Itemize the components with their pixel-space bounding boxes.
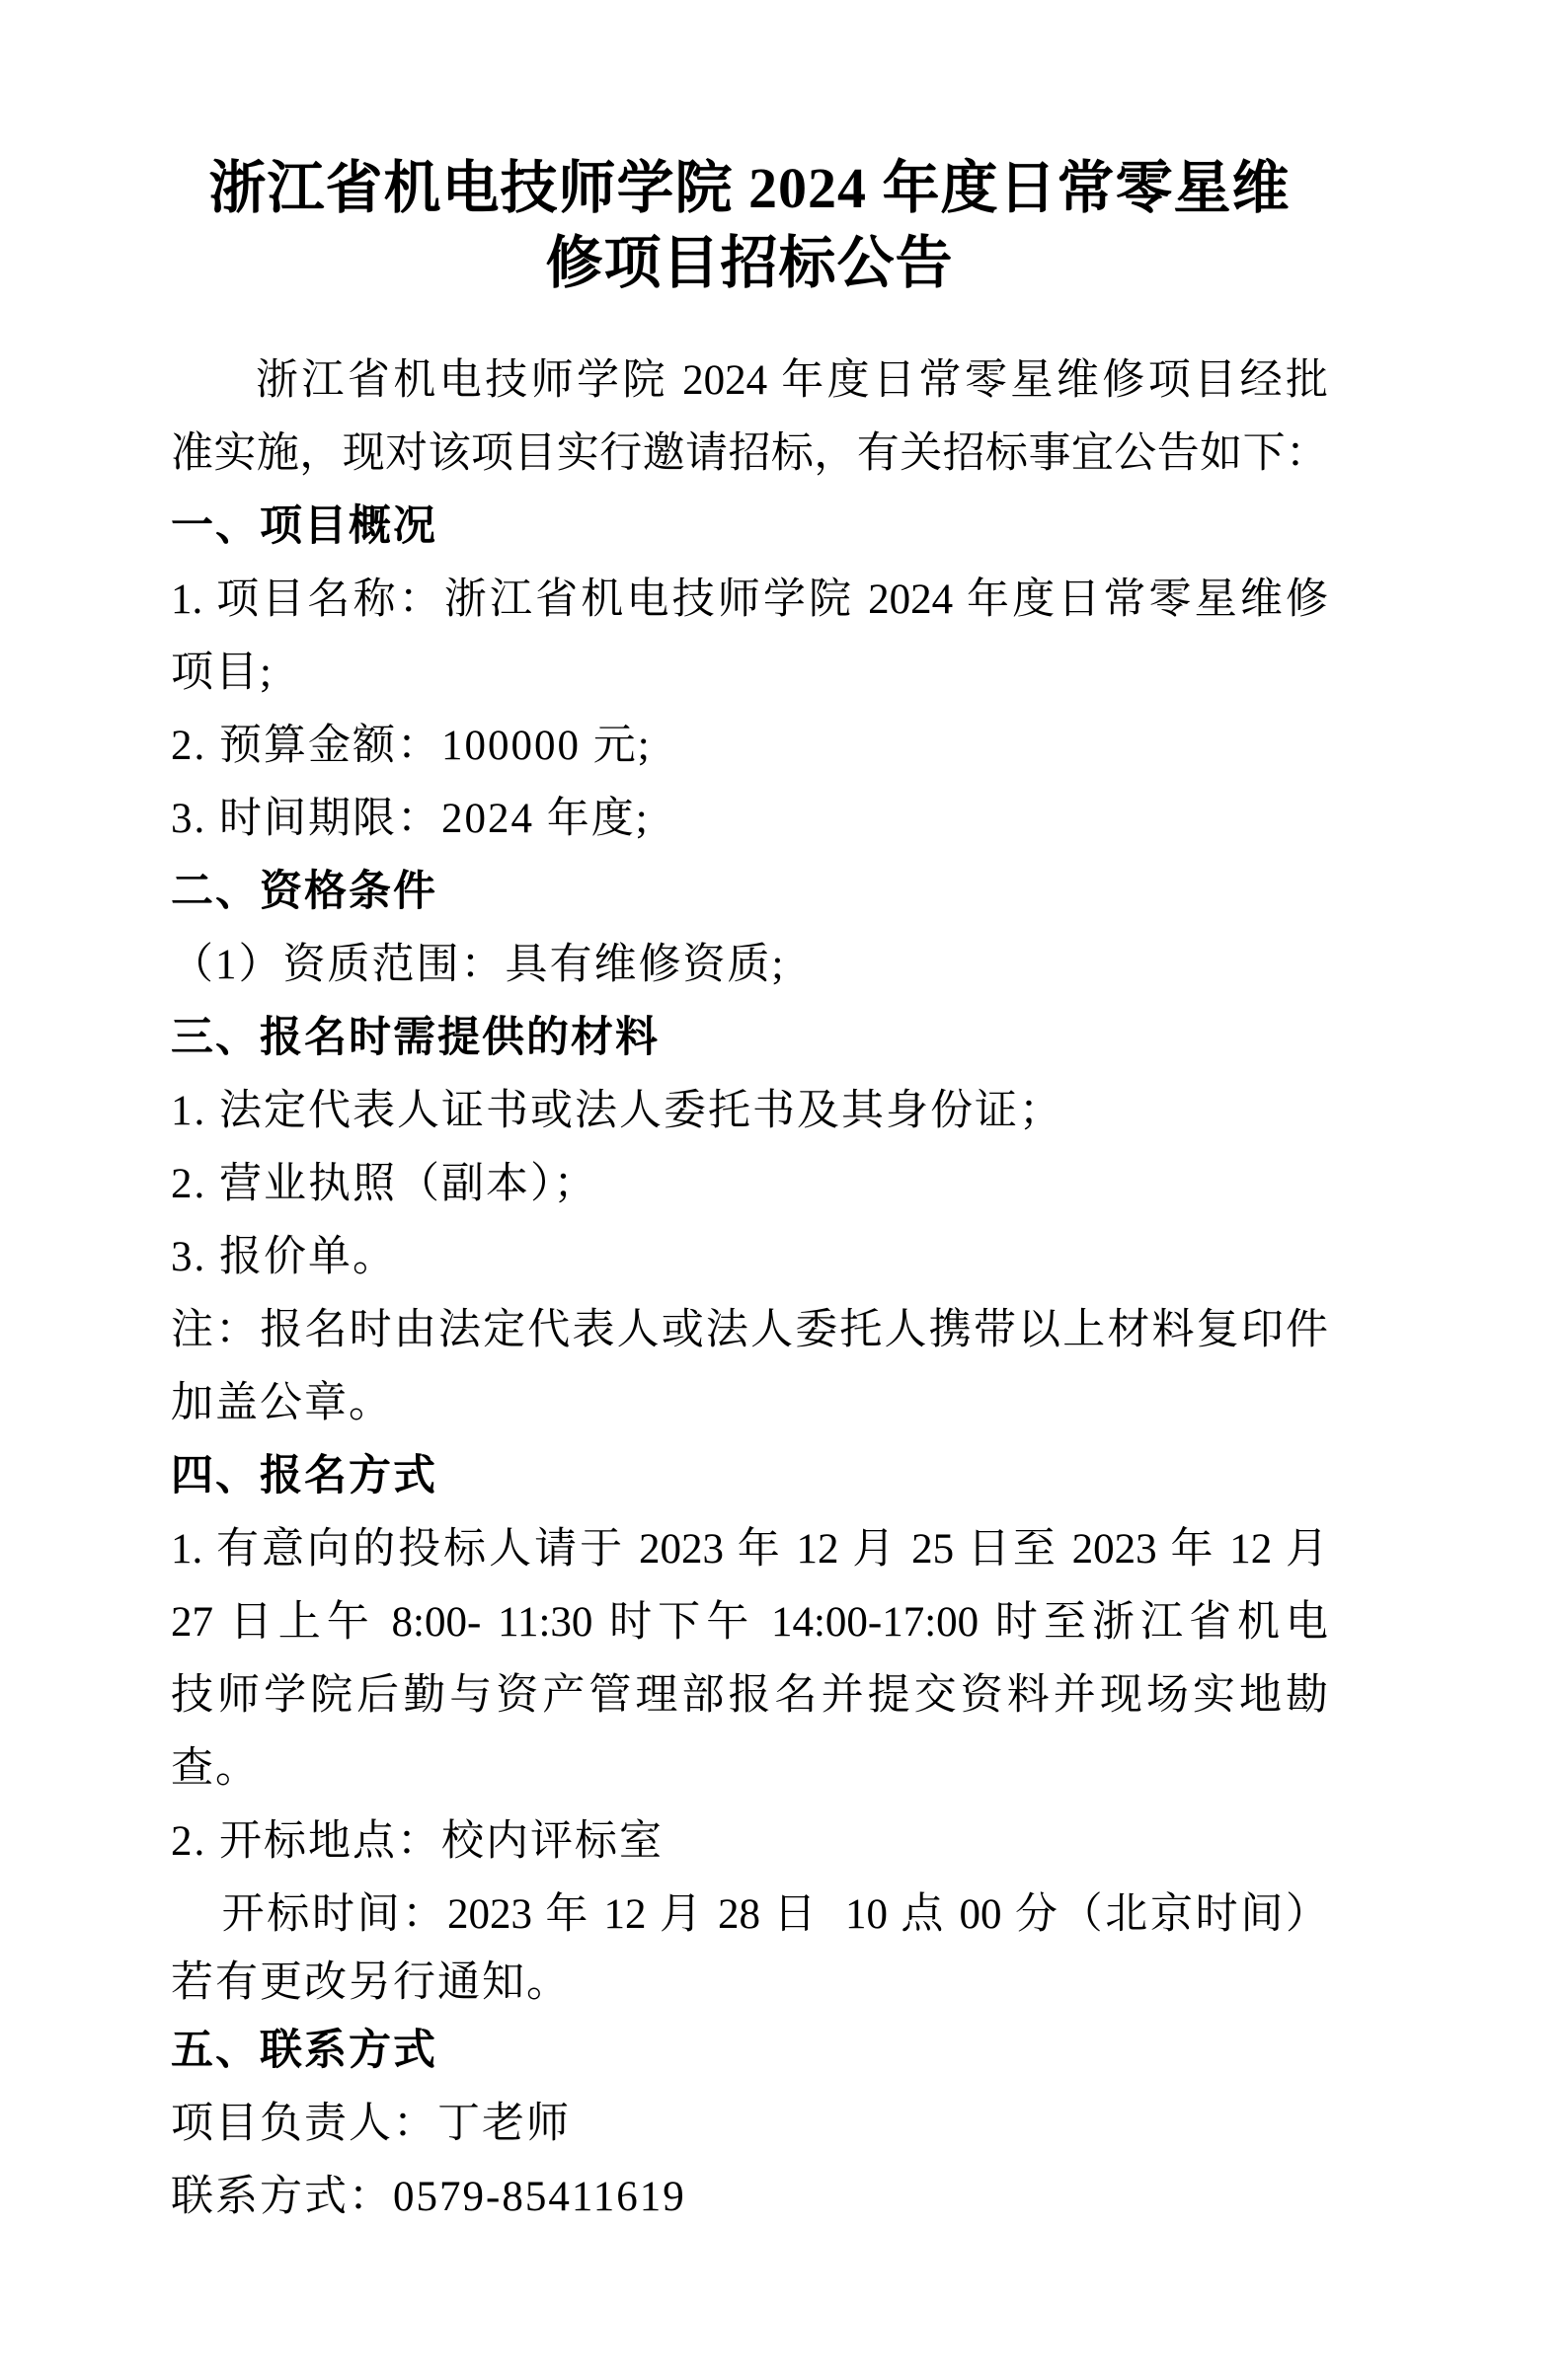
qualification-line: （1）资质范围：具有维修资质; xyxy=(171,929,1328,1002)
project-name-line: 项目; xyxy=(171,637,1328,710)
project-name-line: 1. 项目名称：浙江省机电技师学院 2024 年度日常零星维修 xyxy=(171,564,1328,637)
document-body: 浙江省机电技师学院 2024 年度日常零星维修项目经批准实施，现对该项目实行邀请… xyxy=(171,345,1328,2234)
material-line: 2. 营业执照（副本）； xyxy=(171,1148,1328,1221)
section-heading-2: 二、资格条件 xyxy=(171,856,1328,929)
section-heading-3: 三、报名时需提供的材料 xyxy=(171,1002,1328,1075)
material-line: 1. 法定代表人证书或法人委托书及其身份证； xyxy=(171,1075,1328,1148)
intro-line: 准实施，现对该项目实行邀请招标，有关招标事宜公告如下： xyxy=(171,418,1328,491)
document-page: 浙江省机电技师学院 2024 年度日常零星维 修项目招标公告 浙江省机电技师学院… xyxy=(0,0,1567,2380)
contact-phone-line: 联系方式：0579-85411619 xyxy=(171,2161,1328,2234)
material-line: 3. 报价单。 xyxy=(171,1221,1328,1294)
bid-location-line: 2. 开标地点：校内评标室 xyxy=(171,1805,1328,1879)
section-heading-5: 五、联系方式 xyxy=(171,2015,1328,2088)
signup-line: 1. 有意向的投标人请于 2023 年 12 月 25 日至 2023 年 12… xyxy=(171,1513,1328,1586)
bid-time-line: 开标时间：2023 年 12 月 28 日 10 点 00 分（北京时间） xyxy=(171,1879,1328,1952)
signup-line: 技师学院后勤与资产管理部报名并提交资料并现场实地勘 xyxy=(171,1659,1328,1732)
time-limit-line: 3. 时间期限：2024 年度; xyxy=(171,783,1328,856)
title-line-2: 修项目招标公告 xyxy=(171,226,1328,301)
document-content: 浙江省机电技师学院 2024 年度日常零星维 修项目招标公告 浙江省机电技师学院… xyxy=(0,0,1567,2234)
bid-time-line: 若有更改另行通知。 xyxy=(171,1952,1328,2015)
note-line: 注：报名时由法定代表人或法人委托人携带以上材料复印件 xyxy=(171,1294,1328,1367)
title-line-1: 浙江省机电技师学院 2024 年度日常零星维 xyxy=(171,151,1328,226)
section-heading-4: 四、报名方式 xyxy=(171,1440,1328,1513)
contact-person-line: 项目负责人：丁老师 xyxy=(171,2088,1328,2161)
document-title: 浙江省机电技师学院 2024 年度日常零星维 修项目招标公告 xyxy=(171,151,1328,301)
section-heading-1: 一、项目概况 xyxy=(171,491,1328,564)
intro-line: 浙江省机电技师学院 2024 年度日常零星维修项目经批 xyxy=(171,345,1328,418)
signup-line: 查。 xyxy=(171,1732,1328,1805)
note-line: 加盖公章。 xyxy=(171,1367,1328,1440)
signup-line: 27 日上午 8:00- 11:30 时下午 14:00-17:00 时至浙江省… xyxy=(171,1586,1328,1659)
budget-line: 2. 预算金额：100000 元; xyxy=(171,710,1328,783)
